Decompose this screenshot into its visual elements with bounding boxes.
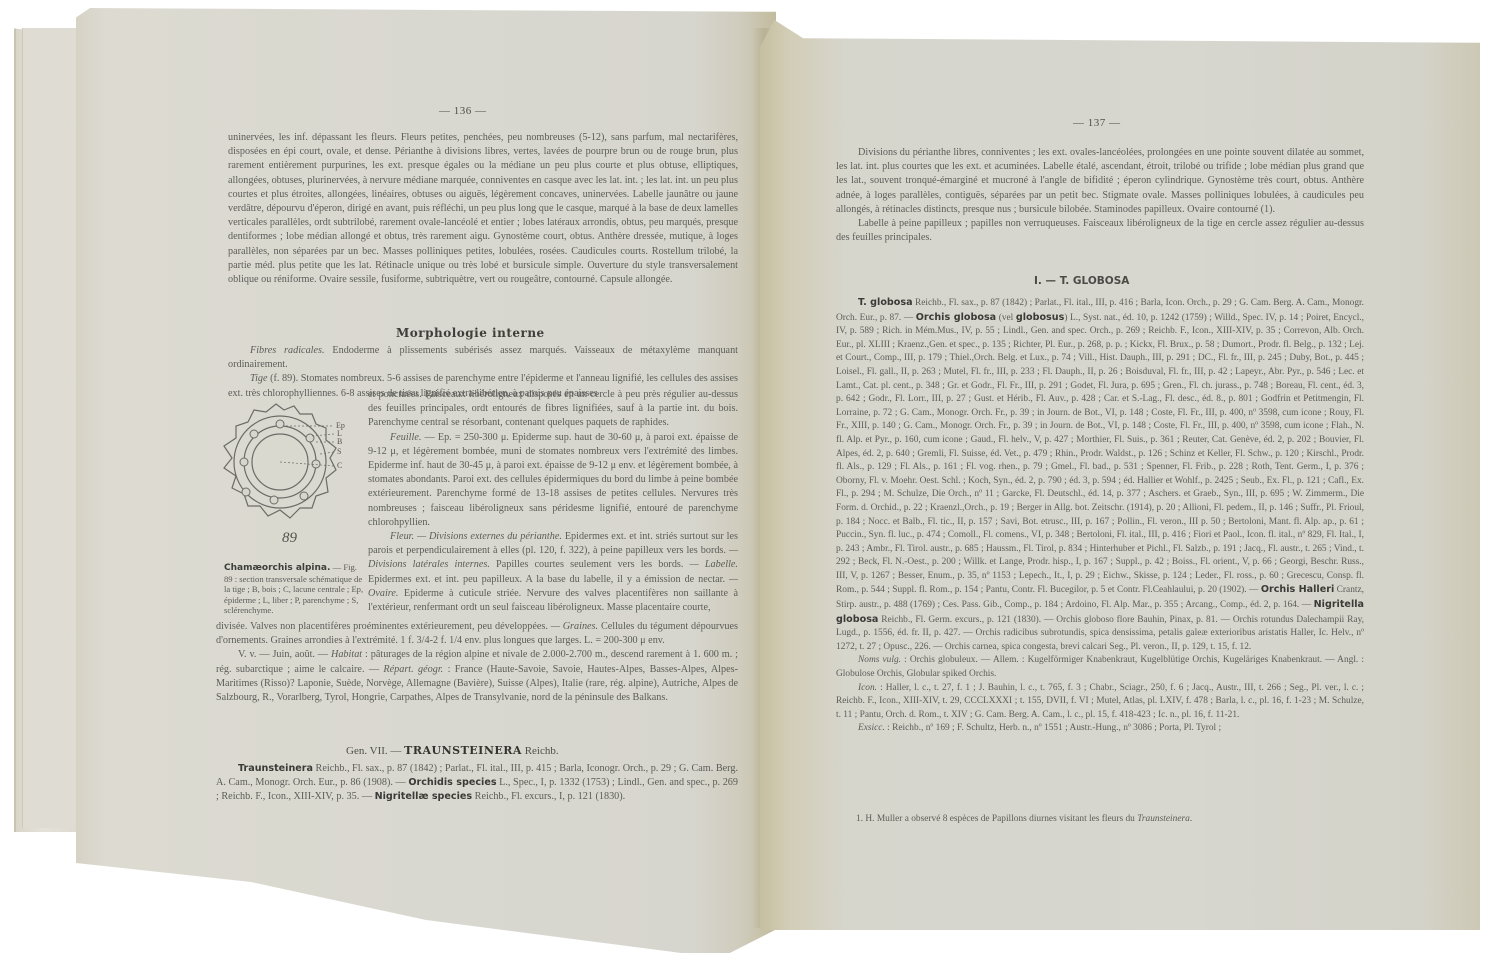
species-synonymy: T. globosa Reichb., Fl. sax., p. 87 (184… [836,296,1364,736]
left-page: — 136 — uninervées, les inf. dépassant l… [76,8,776,953]
genus-synonymy: Traunsteinera Reichb., Fl. sax., p. 87 (… [216,762,738,805]
footnote: 1. H. Muller a observé 8 espèces de Papi… [856,812,1364,826]
book-endpaper [22,28,79,828]
svg-text:S: S [337,447,341,456]
page-number-137: — 137 — [1073,117,1121,129]
morphologie-column-text: et ponctuées. Faisceaux libéroligneux di… [368,388,738,615]
ovaire-graines-text: divisée. Valves non placentifères proémi… [216,620,738,705]
figure-89-stem-section-diagram: EpLB SC [216,396,356,526]
figure-number: 89 [282,530,297,547]
svg-text:B: B [337,437,342,446]
genus-heading: Gen. VII. — TRAUNSTEINERA Reichb. [346,744,559,757]
right-page: — 137 — Divisions du périanthe libres, c… [760,20,1480,930]
genus-description: Divisions du périanthe libres, connivent… [836,146,1364,245]
figure-caption: Chamæorchis alpina. — Fig. 89 : section … [224,562,364,616]
svg-text:C: C [337,461,342,470]
section-heading-morphologie: Morphologie interne [396,326,545,340]
species-heading: I. — T. GLOBOSA [1034,275,1129,287]
page-number-136: — 136 — [439,105,487,117]
description-paragraph: uninervées, les inf. dépassant les fleur… [228,131,738,287]
